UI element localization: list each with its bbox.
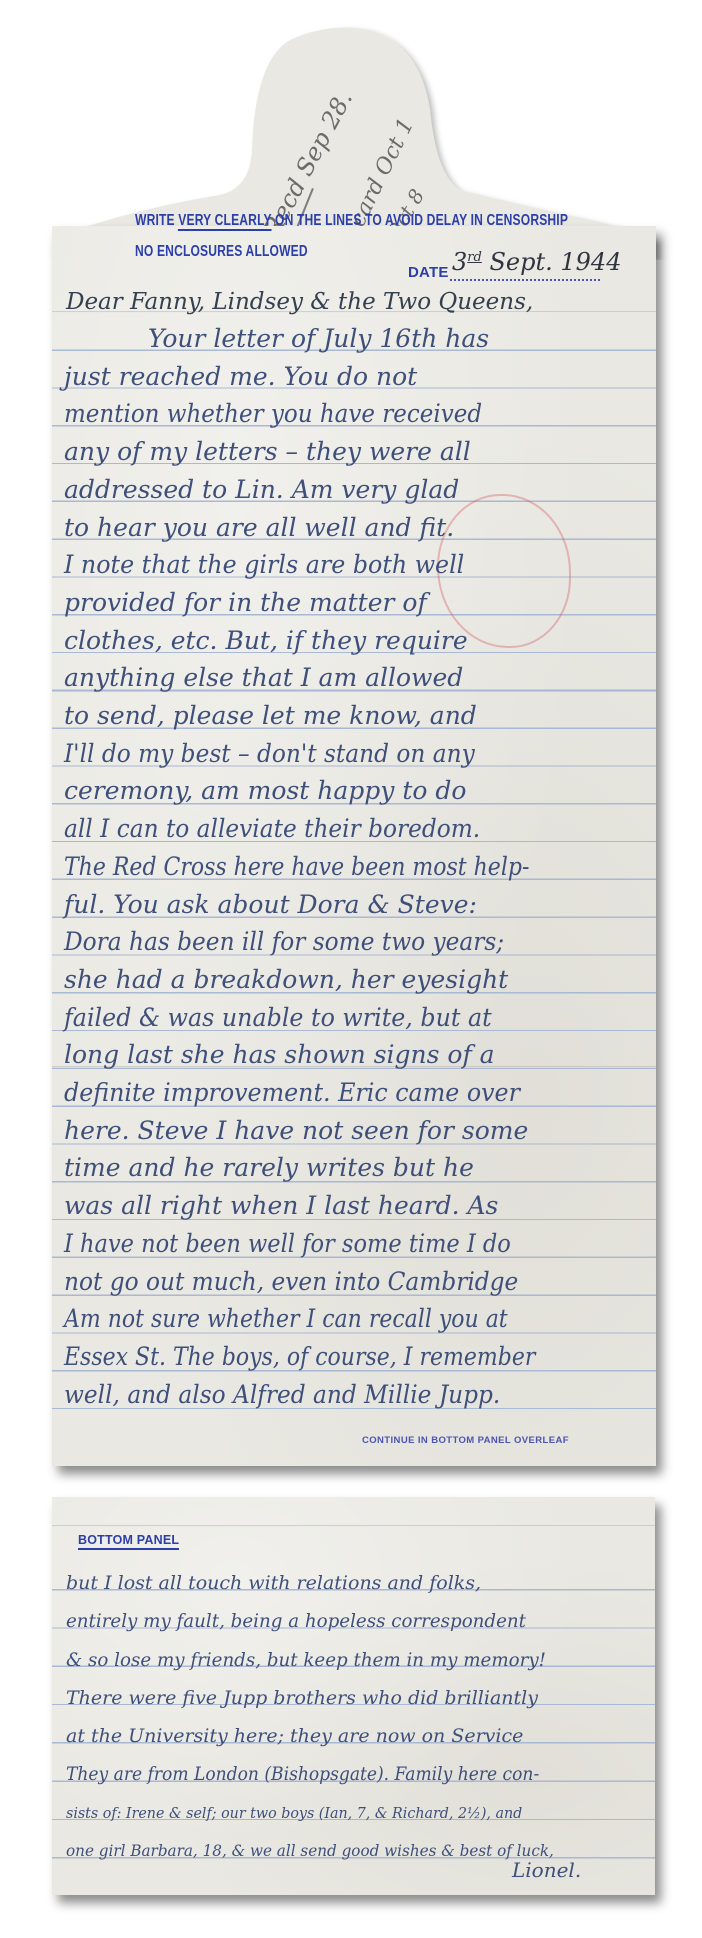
fold-crease (52, 1525, 655, 1527)
body-line: but I lost all touch with relations and … (66, 1564, 656, 1602)
body-line: to send, please let me know, and (64, 697, 654, 735)
body-line: long last she has shown signs of a (64, 1036, 654, 1074)
signature: Lionel. (512, 1858, 581, 1882)
body-line: I'll do my best – don't stand on any (64, 735, 613, 773)
very-clearly-emphasis: VERY CLEARLY (178, 212, 271, 231)
body-line: Dora has been ill for some two years; (64, 923, 613, 961)
body-line: not go out much, even into Cambridge (64, 1263, 613, 1301)
body-line: The Red Cross here have been most help- (64, 848, 583, 886)
date-label: DATE (408, 264, 449, 281)
date-field-line (450, 279, 600, 281)
body-line: at the University here; they are now on … (66, 1717, 656, 1755)
salutation: Dear Fanny, Lindsey & the Two Queens, (66, 284, 533, 322)
body-line: failed & was unable to write, but at (64, 999, 625, 1037)
body-line: to hear you are all well and fit. (64, 509, 654, 547)
body-line: here. Steve I have not seen for some (64, 1112, 654, 1150)
body-line: addressed to Lin. Am very glad (64, 471, 654, 509)
body-line: ceremony, am most happy to do (64, 772, 654, 810)
body-line: anything else that I am allowed (64, 659, 654, 697)
body-line: There were five Jupp brothers who did br… (66, 1679, 656, 1717)
body-line: definite improvement. Eric came over (64, 1074, 625, 1112)
body-line: Essex St. The boys, of course, I remembe… (64, 1338, 583, 1376)
body-line: just reached me. You do not (64, 358, 654, 396)
body-line: she had a breakdown, her eyesight (64, 961, 654, 999)
body-line: was all right when I last heard. As (64, 1187, 654, 1225)
body-line: I have not been well for some time I do (64, 1225, 595, 1263)
body-line: time and he rarely writes but he (64, 1149, 654, 1187)
body-line: They are from London (Bishopsgate). Fami… (66, 1755, 597, 1793)
letter-body-top: Your letter of July 16th has just reache… (64, 320, 654, 1413)
letter-date: 3rd Sept. 1944 (452, 248, 621, 276)
body-line: & so lose my friends, but keep them in m… (66, 1641, 632, 1679)
body-line: all I can to alleviate their boredom. (64, 810, 613, 848)
body-line: any of my letters – they were all (64, 433, 654, 471)
body-line: Your letter of July 16th has (148, 320, 702, 358)
body-line: provided for in the matter of (64, 584, 654, 622)
bottom-panel-heading: BOTTOM PANEL (78, 1533, 179, 1550)
body-line: clothes, etc. But, if they require (64, 622, 654, 660)
body-line: entirely my fault, being a hopeless corr… (66, 1602, 632, 1640)
body-line: well, and also Alfred and Millie Jupp. (64, 1376, 613, 1414)
body-line: Am not sure whether I can recall you at (64, 1300, 583, 1338)
body-line: ful. You ask about Dora & Steve: (64, 886, 654, 924)
body-line: mention whether you have received (64, 395, 607, 433)
no-enclosures-notice: NO ENCLOSURES ALLOWED (135, 243, 308, 261)
body-line: I note that the girls are both well (64, 546, 625, 584)
instruction-header: WRITE VERY CLEARLY ON THE LINES TO AVOID… (135, 212, 568, 230)
body-line: sists of: Irene & self; our two boys (Ia… (66, 1794, 627, 1832)
continue-overleaf-note: CONTINUE IN BOTTOM PANEL OVERLEAF (362, 1435, 569, 1446)
letter-body-bottom: but I lost all touch with relations and … (66, 1564, 656, 1870)
